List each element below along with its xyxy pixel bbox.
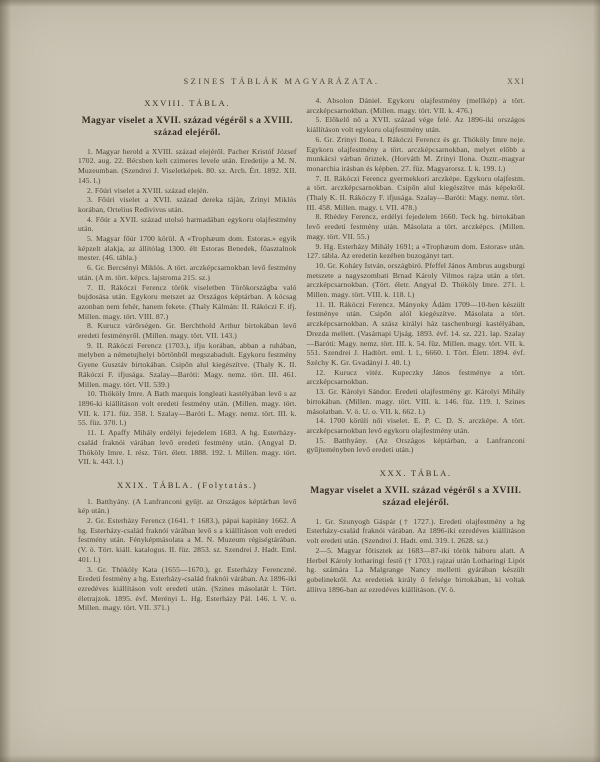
catalog-entry: 8. Kurucz várőrségen. Gr. Berchthold Art…: [78, 321, 297, 340]
catalog-entry: 2. Gr. Esterházy Ferencz (1641. † 1683.)…: [78, 516, 297, 565]
catalog-entry: 4. Absolon Dániel. Egykoru olajfestmény …: [307, 96, 526, 115]
catalog-entry: 6. Gr. Bercsényi Miklós. A tört. arczkép…: [78, 263, 297, 282]
text-block: XXVIII. TÁBLA.Magyar viselet a XVII. szá…: [78, 96, 525, 613]
section-heading: XXX. TÁBLA.: [307, 469, 526, 479]
catalog-entry: 10. Gr. Koháry István, országbiró. Pfeff…: [307, 261, 526, 300]
section-heading: XXVIII. TÁBLA.: [78, 99, 297, 109]
catalog-entry: 10. Thököly Imre. A Bath marquis longlea…: [78, 389, 297, 428]
running-head-row: SZINES TÁBLÁK MAGYARÁZATA. XXI: [78, 76, 525, 89]
catalog-entry: 2. Főúri viselet a XVIII. század elején.: [78, 186, 297, 196]
catalog-entry: 5. Magyar főúr 1700 körül. A «Trophæum d…: [78, 234, 297, 263]
page-number: XXI: [507, 77, 525, 86]
catalog-entry: 6. Gr. Zrinyi Ilona, I. Rákóczi Ferencz …: [307, 135, 526, 174]
catalog-entry: 7. II. Rákóczi Ferencz gyermekkori arczk…: [307, 174, 526, 213]
catalog-entry: 12. Kurucz vitéz. Kupeczky János festmén…: [307, 368, 526, 387]
section-heading: XXIX. TÁBLA. (Folytatás.): [78, 481, 297, 491]
catalog-entry: 9. Hg. Esterházy Mihály 1691; a «Trophæu…: [307, 242, 526, 261]
catalog-entry: 1. Magyar herold a XVIII. század elejérő…: [78, 147, 297, 186]
catalog-entry: 11. I. Apaffy Mihály erdélyi fejedelem 1…: [78, 428, 297, 467]
catalog-entry: 8. Rhédey Ferencz, erdélyi fejedelem 166…: [307, 212, 526, 241]
catalog-entry: 3. Főúri viselet a XVII. század dereka t…: [78, 195, 297, 214]
column-left: XXVIII. TÁBLA.Magyar viselet a XVII. szá…: [78, 96, 297, 613]
catalog-entry: 4. Főúr a XVII. század utolsó harmadában…: [78, 215, 297, 234]
catalog-entry: 3. Gr. Thököly Kata (1655—1670.), gr. Es…: [78, 565, 297, 614]
catalog-entry: 7. II. Rákóczi Ferencz török viseletben …: [78, 283, 297, 322]
catalog-entry: 13. Gr. Károlyi Sándor. Eredeti olajfest…: [307, 387, 526, 416]
section-title: Magyar viselet a XVII. század végéről s …: [308, 485, 525, 510]
running-head-title: SZINES TÁBLÁK MAGYARÁZATA.: [78, 76, 485, 86]
catalog-entry: 9. II. Rákóczi Ferencz (1703.), ifju kor…: [78, 341, 297, 390]
scanned-page: SZINES TÁBLÁK MAGYARÁZATA. XXI XXVIII. T…: [0, 0, 600, 762]
catalog-entry: 14. 1700 körüli női viselet. E. P. C. D.…: [307, 416, 526, 435]
catalog-entry: 5. Előkelő nő a XVII. század vége felé. …: [307, 115, 526, 134]
catalog-entry: 15. Batthyány. (Az Országos képtárban, a…: [307, 436, 526, 455]
catalog-entry: 2—5. Magyar főtisztek az 1683—87-iki tör…: [307, 546, 526, 595]
section-title: Magyar viselet a XVII. század végéről s …: [79, 115, 296, 140]
catalog-entry: 1. Batthyány. (A Lanfranconi gyüjt. az O…: [78, 497, 297, 516]
column-right: 4. Absolon Dániel. Egykoru olajfestmény …: [307, 96, 526, 613]
catalog-entry: 11. II. Rákóczi Ferencz. Mányoky Ádám 17…: [307, 300, 526, 368]
catalog-entry: 1. Gr. Szunyogh Gáspár († 1727.). Eredet…: [307, 517, 526, 546]
